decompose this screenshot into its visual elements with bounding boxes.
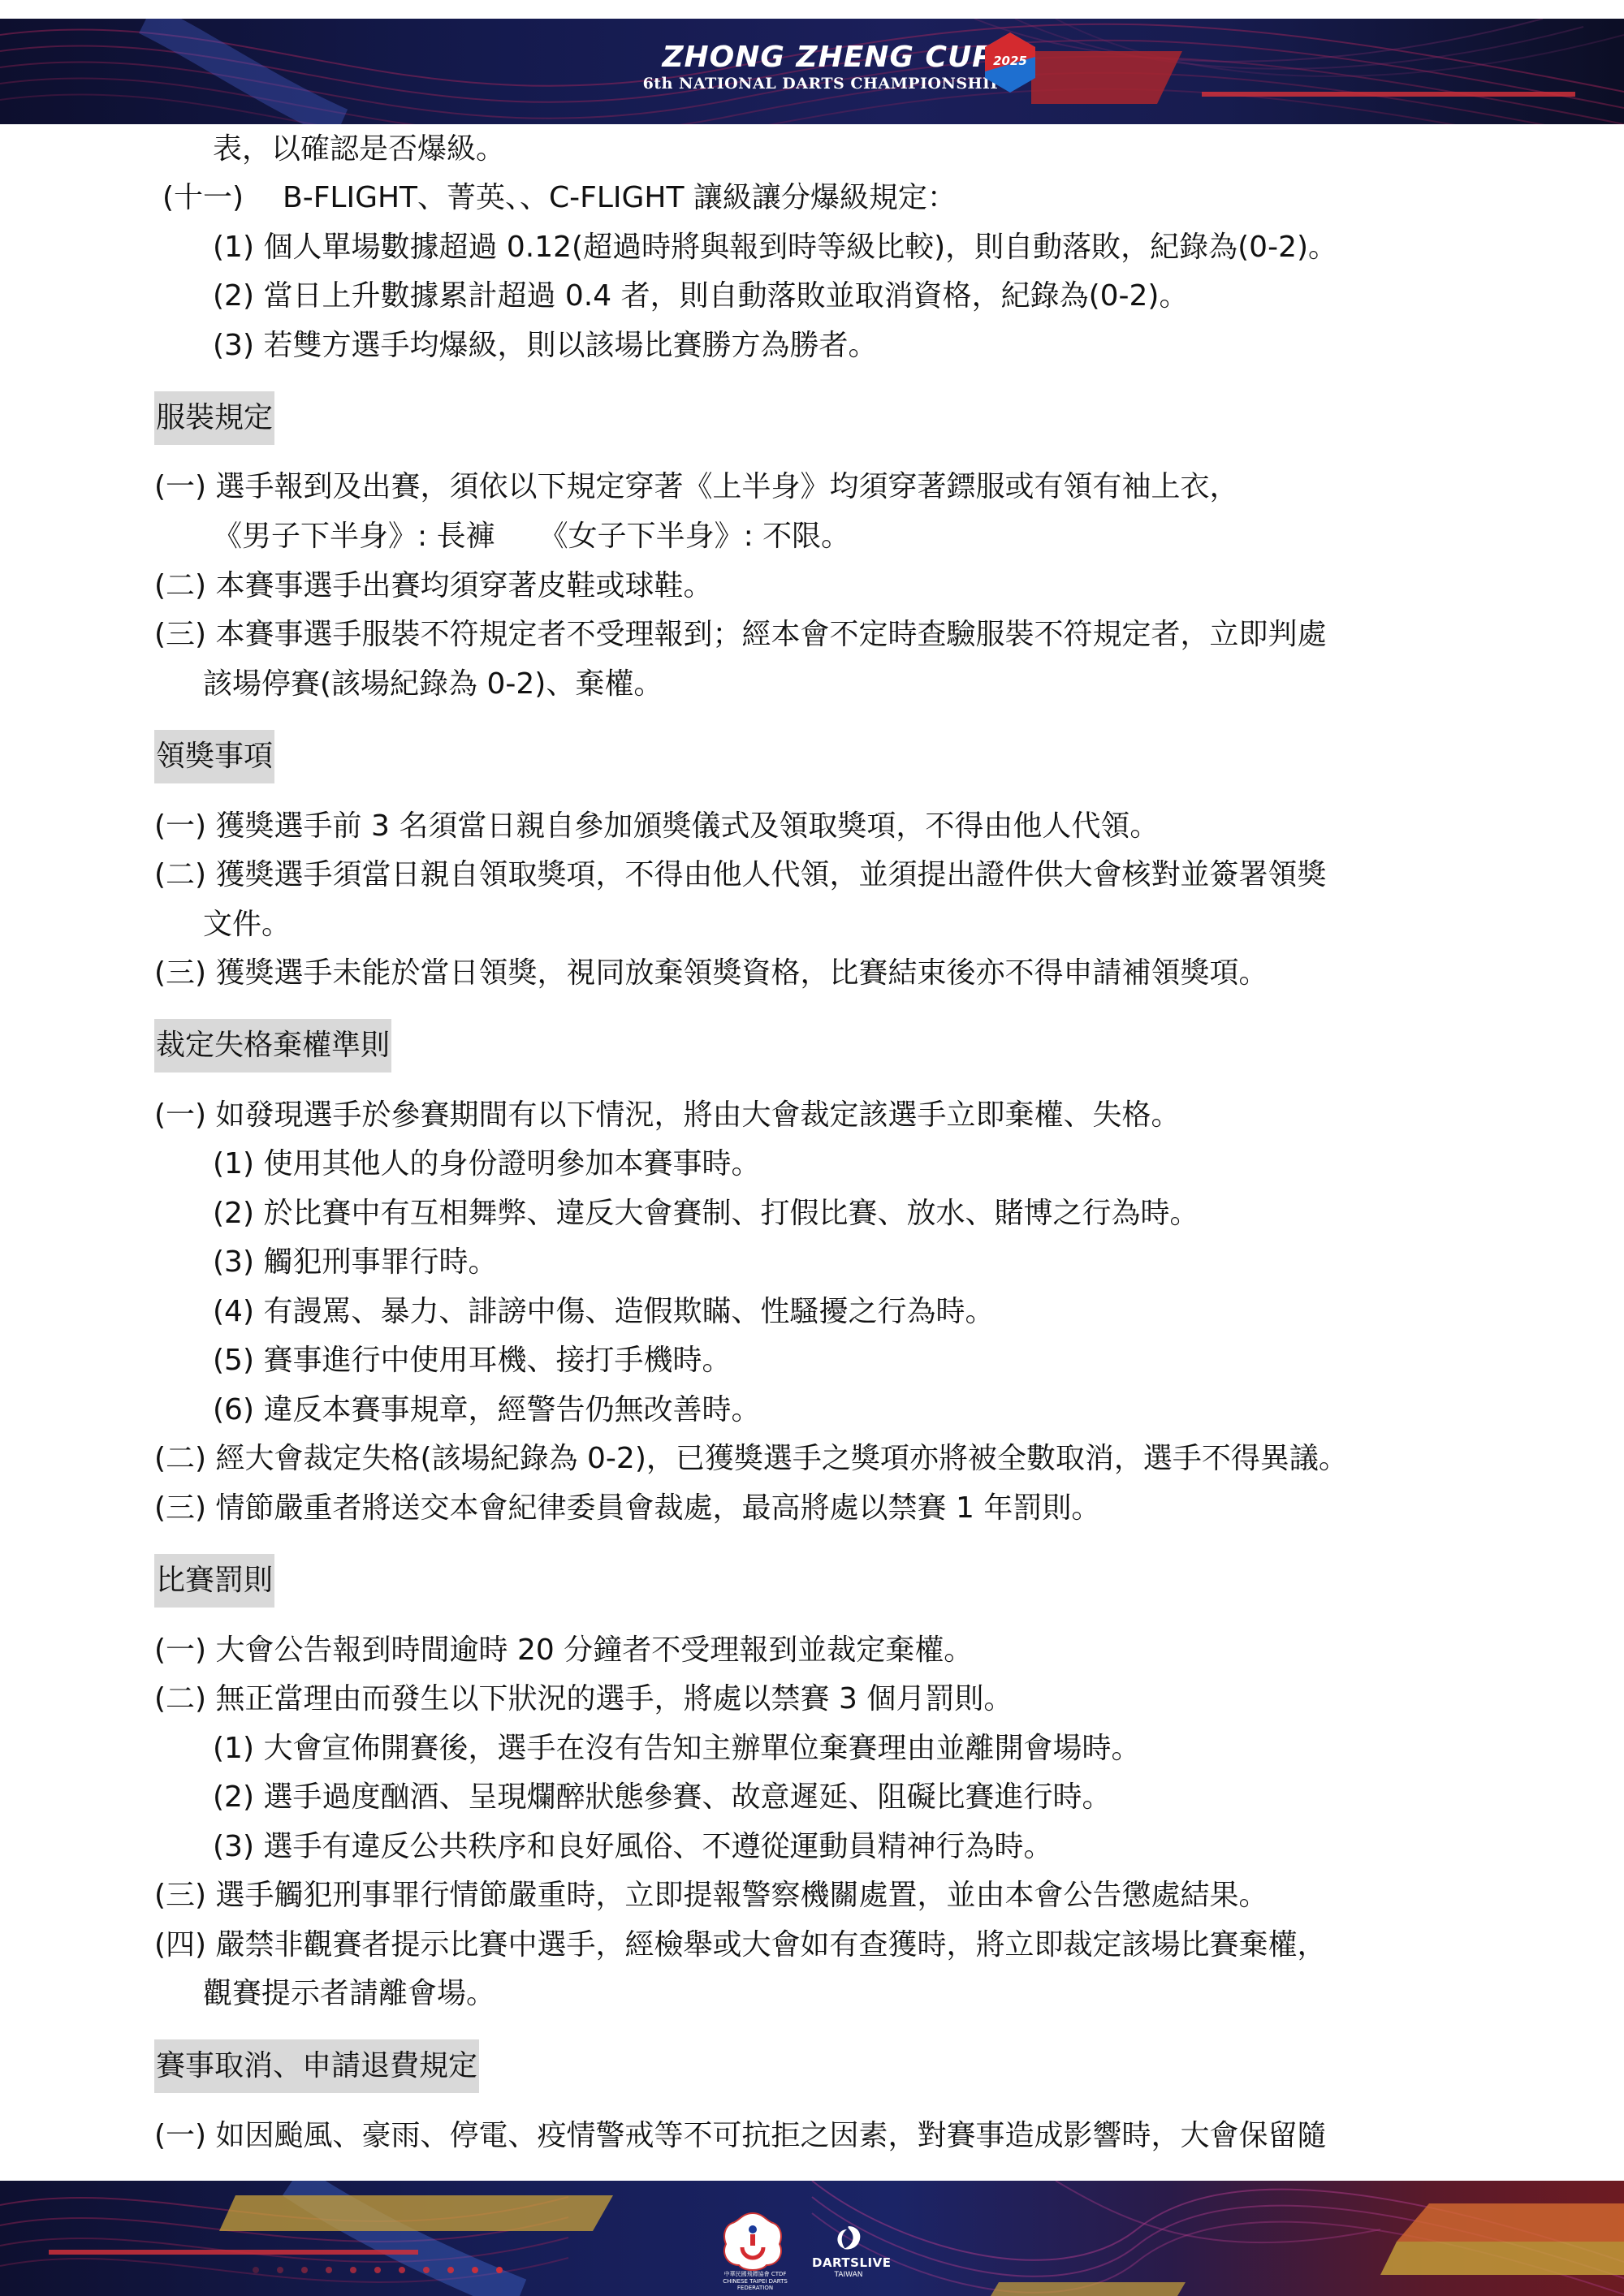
ctdf-emblem-icon bbox=[721, 2212, 784, 2272]
disqualification-rule: (1) 使用其他人的身份證明參加本賽事時。 bbox=[213, 1145, 760, 1184]
year-label: 2025 bbox=[985, 54, 1035, 68]
penalty-rule: (三) 選手觸犯刑事罪行情節嚴重時，立即提報警察機關處置，並由本會公告懲處結果。 bbox=[154, 1876, 1268, 1915]
awards-rule: (一) 獲獎選手前 3 名須當日親自參加頒獎儀式及領取獎項，不得由他人代領。 bbox=[154, 807, 1159, 846]
penalty-rule: (1) 大會宣佈開賽後，選手在沒有告知主辦單位棄賽理由並離開會場時。 bbox=[213, 1729, 1140, 1768]
dartslive-logo: DARTSLIVE TAIWAN bbox=[812, 2225, 885, 2280]
rule-11-item: (2) 當日上升數據累計超過 0.4 者，則自動落敗並取消資格，紀錄為(0-2)… bbox=[213, 277, 1188, 316]
awards-rule: 文件。 bbox=[203, 905, 291, 944]
disqualification-rule: (一) 如發現選手於參賽期間有以下情況，將由大會裁定該選手立即棄權、失格。 bbox=[154, 1096, 1181, 1135]
attire-rule: (二) 本賽事選手出賽均須穿著皮鞋或球鞋。 bbox=[154, 567, 713, 606]
section-header-cancellation-refund: 賽事取消、申請退費規定 bbox=[154, 2039, 479, 2093]
ctdf-name-en: CHINESE TAIPEI DARTS FEDERATION bbox=[710, 2278, 800, 2291]
ctdf-logo-text: 中華民國飛鏢協會 CTDF CHINESE TAIPEI DARTS FEDER… bbox=[710, 2270, 800, 2291]
rule-11-label: (十一) bbox=[162, 179, 244, 218]
penalty-rule: (四) 嚴禁非觀賽者提示比賽中選手，經檢舉或大會如有查獲時，將立即裁定該場比賽棄… bbox=[154, 1926, 1327, 1965]
section-header-disqualification: 裁定失格棄權準則 bbox=[154, 1019, 391, 1072]
rule-11-item: (3) 若雙方選手均爆級，則以該場比賽勝方為勝者。 bbox=[213, 326, 877, 365]
rule-11-item: (1) 個人單場數據超過 0.12(超過時將與報到時等級比較)，則自動落敗，紀錄… bbox=[213, 228, 1337, 267]
penalty-rule: (一) 大會公告報到時間逾時 20 分鐘者不受理報到並裁定棄權。 bbox=[154, 1631, 973, 1670]
attire-rule: (三) 本賽事選手服裝不符規定者不受理報到；經本會不定時查驗服裝不符規定者，立即… bbox=[154, 615, 1327, 654]
dartslive-name: DARTSLIVE bbox=[812, 2255, 885, 2270]
section-header-attire: 服裝規定 bbox=[154, 391, 274, 445]
disqualification-rule: (三) 情節嚴重者將送交本會紀律委員會裁處，最高將處以禁賽 1 年罰則。 bbox=[154, 1489, 1100, 1528]
header-banner: ZHONG ZHENG CUP 6th NATIONAL DARTS CHAMP… bbox=[0, 19, 1624, 124]
penalty-rule: 觀賽提示者請離會場。 bbox=[203, 1974, 495, 2013]
disqualification-rule: (二) 經大會裁定失格(該場紀錄為 0-2)，已獲獎選手之獎項亦將被全數取消，選… bbox=[154, 1439, 1348, 1478]
disqualification-rule: (2) 於比賽中有互相舞弊、違反大會賽制、打假比賽、放水、賭博之行為時。 bbox=[213, 1194, 1199, 1233]
disqualification-rule: (4) 有謾罵、暴力、誹謗中傷、造假欺瞞、性騷擾之行為時。 bbox=[213, 1293, 994, 1331]
cancellation-rule: (一) 如因颱風、豪雨、停電、疫情警戒等不可抗拒之因素，對賽事造成影響時，大會保… bbox=[154, 2117, 1327, 2156]
dartslive-ring-icon bbox=[832, 2225, 865, 2252]
attire-rule: 該場停賽(該場紀錄為 0-2)、棄權。 bbox=[203, 665, 663, 704]
penalty-rule: (2) 選手過度酗酒、呈現爛醉狀態參賽、故意遲延、阻礙比賽進行時。 bbox=[213, 1778, 1111, 1817]
disqualification-rule: (5) 賽事進行中使用耳機、接打手機時。 bbox=[213, 1341, 731, 1380]
awards-rule: (三) 獲獎選手未能於當日領獎，視同放棄領獎資格，比賽結束後亦不得申請補領獎項。 bbox=[154, 954, 1268, 993]
disqualification-rule: (6) 違反本賽事規章，經警告仍無改善時。 bbox=[213, 1391, 760, 1430]
rule-11-title: B-FLIGHT、菁英、、C-FLIGHT 讓級讓分爆級規定： bbox=[283, 179, 957, 218]
section-header-awards: 領獎事項 bbox=[154, 730, 274, 783]
continuation-text: 表，以確認是否爆級。 bbox=[213, 130, 505, 169]
penalty-rule: (二) 無正當理由而發生以下狀況的選手，將處以禁賽 3 個月罰則。 bbox=[154, 1680, 1013, 1719]
awards-rule: (二) 獲獎選手須當日親自領取獎項，不得由他人代領，並須提出證件供大會核對並簽署… bbox=[154, 856, 1327, 895]
attire-rule: 《男子下半身》: 長褲 《女子下半身》: 不限。 bbox=[213, 517, 850, 556]
section-header-penalties: 比賽罰則 bbox=[154, 1554, 274, 1608]
dartslive-region: TAIWAN bbox=[812, 2270, 885, 2280]
disqualification-rule: (3) 觸犯刑事罪行時。 bbox=[213, 1243, 497, 1282]
attire-rule: (一) 選手報到及出賽，須依以下規定穿著《上半身》均須穿著鏢服或有領有袖上衣， bbox=[154, 468, 1239, 507]
ctdf-name-cn: 中華民國飛鏢協會 CTDF bbox=[710, 2270, 800, 2278]
penalty-rule: (3) 選手有違反公共秩序和良好風俗、不遵從運動員精神行為時。 bbox=[213, 1828, 1052, 1867]
